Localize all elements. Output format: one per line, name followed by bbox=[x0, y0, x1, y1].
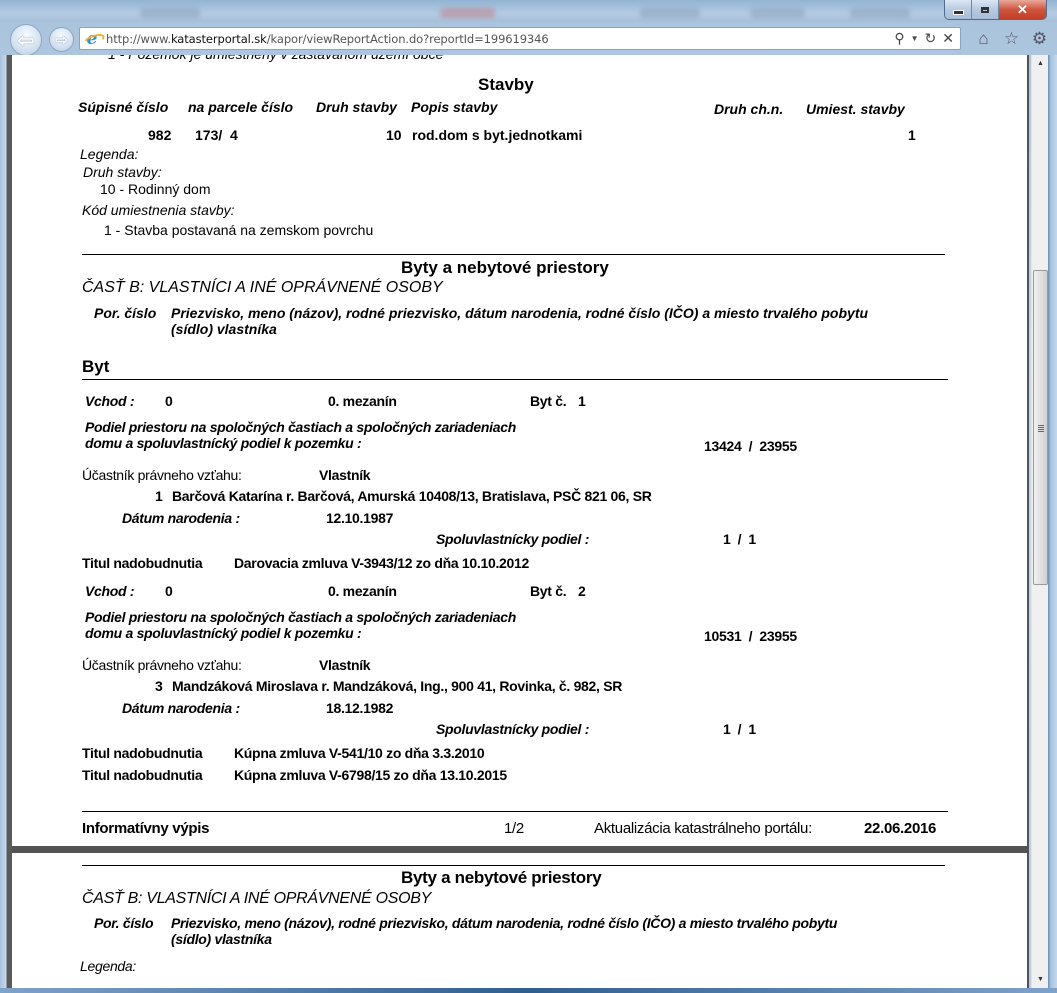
owner-header-line2: (sídlo) vlastníka bbox=[171, 321, 277, 337]
chevron-down-icon[interactable]: ▼ bbox=[911, 34, 919, 43]
address-bar-tools: ⚲ ▼ ↻ ✕ bbox=[894, 30, 954, 47]
cell-druh-stavby: 10 bbox=[386, 127, 402, 143]
minimize-button[interactable] bbox=[945, 0, 972, 19]
page-number: 1/2 bbox=[504, 820, 524, 837]
section-title-stavby: Stavby bbox=[478, 75, 534, 95]
byt-cislo-value: 1 bbox=[578, 393, 586, 409]
podiel-label-line1: Podiel priestoru na spoločných častiach … bbox=[85, 419, 516, 435]
ucastnik-type: Vlastník bbox=[319, 657, 370, 673]
url-domain: katasterportal.sk bbox=[171, 32, 267, 46]
legend-druh-value: 10 - Rodinný dom bbox=[100, 181, 211, 197]
minimize-icon bbox=[953, 10, 964, 15]
spoluvl-label: Spoluvlastnícky podiel : bbox=[436, 531, 589, 547]
blurred-tab bbox=[440, 8, 495, 18]
home-icon[interactable]: ⌂ bbox=[974, 29, 993, 49]
cell-supisne-cislo: 982 bbox=[148, 127, 171, 143]
scrollbar-thumb[interactable] bbox=[1033, 270, 1048, 585]
legend-kod-value: 1 - Stavba postavaná na zemskom povrchu bbox=[104, 222, 373, 238]
internet-explorer-icon: e bbox=[83, 30, 101, 48]
owner-number: 1 bbox=[155, 488, 163, 504]
owner-details: Barčová Katarína r. Barčová, Amurská 104… bbox=[172, 488, 652, 504]
triangle-up-icon: ▲ bbox=[1037, 60, 1044, 67]
document-page-2: Byty a nebytové priestory ČASŤ B: VLASTN… bbox=[12, 853, 1027, 988]
owner-header-line1: Priezvisko, meno (názov), rodné priezvis… bbox=[171, 915, 837, 931]
owner-details: Mandzáková Miroslava r. Mandzáková, Ing.… bbox=[172, 678, 622, 694]
cell-parcela: 173/ 4 bbox=[195, 127, 238, 143]
datum-label: Dátum narodenia : bbox=[122, 510, 240, 526]
column-header-parcela: na parcele číslo bbox=[188, 99, 293, 115]
datum-value: 18.12.1982 bbox=[326, 700, 393, 716]
datum-label: Dátum narodenia : bbox=[122, 700, 240, 716]
datum-value: 12.10.1987 bbox=[326, 510, 393, 526]
owner-number: 3 bbox=[155, 678, 163, 694]
legend-druh-label: Druh stavby: bbox=[83, 164, 162, 180]
titul-value: Darovacia zmluva V-3943/12 zo dňa 10.10.… bbox=[234, 555, 529, 571]
scroll-up-button[interactable]: ▲ bbox=[1032, 55, 1049, 72]
por-cislo-label: Por. číslo bbox=[94, 305, 156, 321]
owner-header-line2: (sídlo) vlastníka bbox=[171, 931, 272, 947]
podiel-label-line1: Podiel priestoru na spoločných častiach … bbox=[85, 609, 516, 625]
update-label: Aktualizácia katastrálneho portálu: bbox=[594, 820, 812, 837]
blurred-tab bbox=[850, 8, 910, 18]
url-prefix: http://www. bbox=[106, 32, 171, 46]
gear-icon[interactable]: ⚙ bbox=[1030, 29, 1049, 49]
close-window-button[interactable]: ✕ bbox=[999, 0, 1046, 19]
update-date: 22.06.2016 bbox=[864, 820, 936, 837]
column-header-popis-stavby: Popis stavby bbox=[411, 99, 497, 115]
close-icon: ✕ bbox=[1017, 2, 1028, 18]
stop-icon[interactable]: ✕ bbox=[942, 30, 954, 47]
column-header-druh-stavby: Druh stavby bbox=[316, 99, 397, 115]
refresh-icon[interactable]: ↻ bbox=[925, 30, 937, 47]
cutoff-legend-line: 1 - Pozemok je umiestnený v zastavanom ú… bbox=[108, 55, 443, 62]
owner-header-line1: Priezvisko, meno (názov), rodné priezvis… bbox=[171, 305, 868, 321]
podiel-value: 13424 / 23955 bbox=[704, 438, 797, 454]
titul-label: Titul nadobudnutia bbox=[82, 555, 202, 571]
star-icon[interactable]: ☆ bbox=[1002, 29, 1021, 49]
podiel-label-line2: domu a spoluvlastnícký podiel k pozemku … bbox=[85, 625, 361, 641]
podiel-label-line2: domu a spoluvlastnícký podiel k pozemku … bbox=[85, 435, 361, 451]
column-header-supisne-cislo: Súpisné číslo bbox=[78, 99, 168, 115]
blurred-tab bbox=[140, 8, 200, 18]
section-title-byty: Byty a nebytové priestory bbox=[401, 868, 601, 888]
forward-button[interactable]: ⇨ bbox=[49, 27, 74, 52]
url-path: /kapor/viewReportAction.do?reportId=1996… bbox=[267, 32, 549, 46]
vertical-scrollbar[interactable]: ▲ ▼ bbox=[1031, 55, 1048, 988]
maximize-icon bbox=[981, 7, 989, 13]
window-frame-left bbox=[0, 55, 12, 993]
cell-popis: rod.dom s byt.jednotkami bbox=[412, 127, 582, 143]
vchod-value: 0 bbox=[165, 393, 173, 409]
spoluvl-value: 1 / 1 bbox=[723, 531, 756, 547]
divider bbox=[82, 254, 945, 255]
ucastnik-type: Vlastník bbox=[319, 467, 370, 483]
browser-toolbar: ⌂ ☆ ⚙ bbox=[974, 29, 1049, 49]
legend-kod-label: Kód umiestnenia stavby: bbox=[82, 202, 235, 218]
window-title-bar: ✕ bbox=[0, 0, 1057, 22]
grip-icon bbox=[1038, 425, 1044, 432]
footer-label: Informatívny výpis bbox=[82, 820, 209, 837]
address-bar[interactable]: e http://www.katasterportal.sk/kapor/vie… bbox=[79, 27, 961, 50]
footer-divider bbox=[82, 811, 948, 812]
ucastnik-label: Účastník právneho vzťahu: bbox=[82, 467, 242, 483]
ucastnik-label: Účastník právneho vzťahu: bbox=[82, 657, 242, 673]
legend-title: Legenda: bbox=[80, 958, 136, 974]
window-frame-bottom bbox=[0, 988, 1057, 993]
byt-cislo-label: Byt č. bbox=[530, 583, 566, 599]
divider bbox=[82, 379, 948, 380]
window-controls: ✕ bbox=[944, 0, 1047, 20]
byt-cislo-label: Byt č. bbox=[530, 393, 566, 409]
column-header-druh-chn: Druh ch.n. bbox=[714, 101, 783, 117]
window-frame-right bbox=[1048, 55, 1057, 993]
byt-cislo-value: 2 bbox=[578, 583, 586, 599]
back-arrow-icon: ⇦ bbox=[18, 28, 35, 53]
spoluvl-value: 1 / 1 bbox=[723, 721, 756, 737]
part-b-heading: ČASŤ B: VLASTNÍCI A INÉ OPRÁVNENÉ OSOBY bbox=[82, 279, 443, 297]
titul-label: Titul nadobudnutia bbox=[82, 745, 202, 761]
vchod-value: 0 bbox=[165, 583, 173, 599]
section-title-byty: Byty a nebytové priestory bbox=[401, 258, 609, 278]
forward-arrow-icon: ⇨ bbox=[55, 31, 68, 49]
titul-label: Titul nadobudnutia bbox=[82, 767, 202, 783]
vchod-label: Vchod : bbox=[85, 393, 134, 409]
byt-heading: Byt bbox=[82, 357, 109, 377]
scroll-down-button[interactable]: ▼ bbox=[1032, 971, 1049, 988]
por-cislo-label: Por. číslo bbox=[94, 915, 153, 931]
triangle-down-icon: ▼ bbox=[1037, 976, 1044, 983]
maximize-button[interactable] bbox=[972, 0, 999, 19]
search-icon[interactable]: ⚲ bbox=[894, 30, 904, 47]
blurred-tab bbox=[640, 8, 700, 18]
titul-value: Kúpna zmluva V-6798/15 zo dňa 13.10.2015 bbox=[234, 767, 507, 783]
floor-value: 0. mezanín bbox=[328, 393, 397, 409]
part-b-heading: ČASŤ B: VLASTNÍCI A INÉ OPRÁVNENÉ OSOBY bbox=[82, 890, 431, 908]
column-header-umiestnenie: Umiest. stavby bbox=[806, 101, 905, 117]
divider bbox=[82, 865, 945, 866]
floor-value: 0. mezanín bbox=[328, 583, 397, 599]
back-button[interactable]: ⇦ bbox=[10, 24, 42, 56]
podiel-value: 10531 / 23955 bbox=[704, 628, 797, 644]
legend-title: Legenda: bbox=[80, 146, 138, 162]
titul-value: Kúpna zmluva V-541/10 zo dňa 3.3.2010 bbox=[234, 745, 484, 761]
document-page-1: 1 - Pozemok je umiestnený v zastavanom ú… bbox=[12, 55, 1027, 846]
blurred-tab bbox=[750, 8, 805, 18]
document-viewport: 1 - Pozemok je umiestnený v zastavanom ú… bbox=[12, 55, 1029, 988]
navigation-bar: ⇦ ⇨ e http://www.katasterportal.sk/kapor… bbox=[0, 22, 1057, 55]
vchod-label: Vchod : bbox=[85, 583, 134, 599]
spoluvl-label: Spoluvlastnícky podiel : bbox=[436, 721, 589, 737]
url-text[interactable]: http://www.katasterportal.sk/kapor/viewR… bbox=[106, 32, 549, 46]
cell-umiestnenie: 1 bbox=[908, 127, 916, 143]
